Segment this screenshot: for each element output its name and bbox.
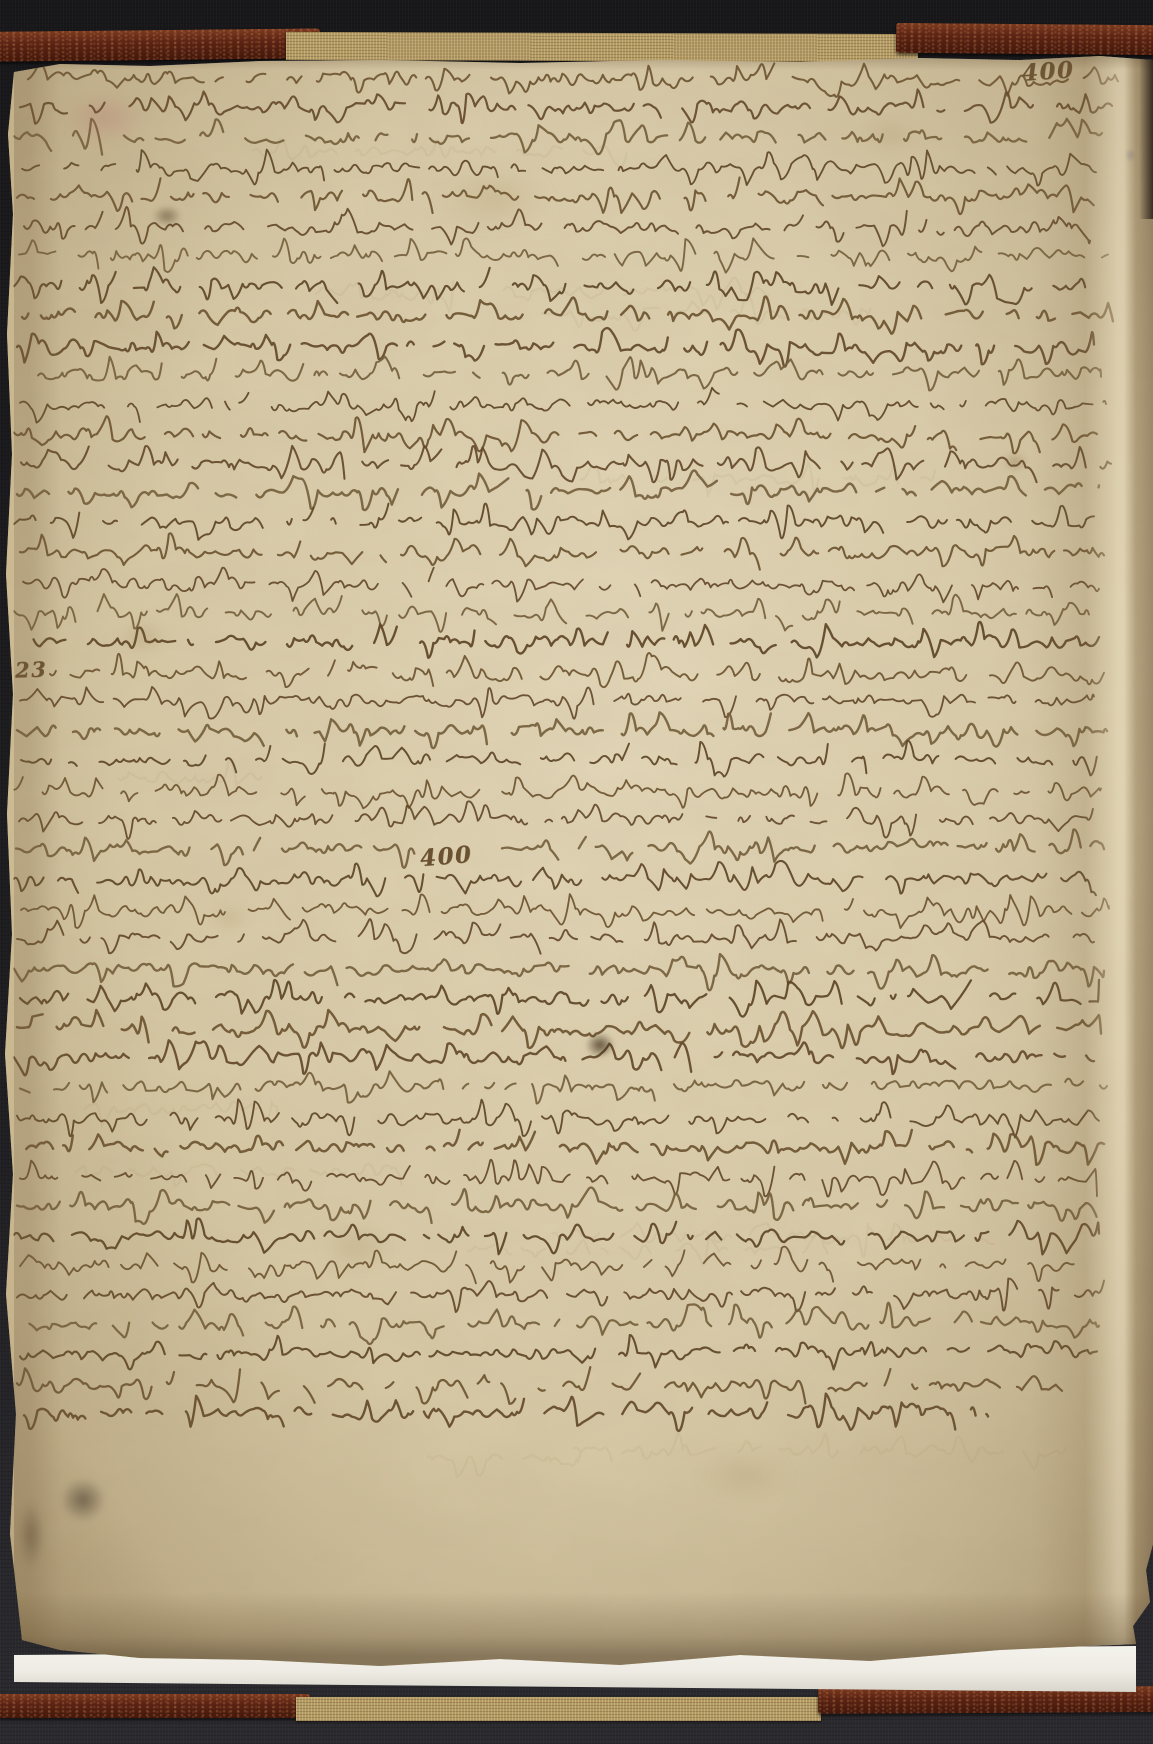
binding-cloth-bottom bbox=[296, 1697, 821, 1721]
archival-photo-background: 40023400 bbox=[0, 0, 1153, 1744]
binding-cloth-top bbox=[286, 32, 918, 62]
handwriting-svg bbox=[0, 54, 1153, 1670]
manuscript-page: 40023400 bbox=[0, 54, 1153, 1670]
binding-leather-bottom-left bbox=[0, 1694, 310, 1718]
binding-leather-top-left bbox=[0, 28, 320, 61]
binding-leather-top-right bbox=[896, 23, 1153, 55]
paper-grain bbox=[0, 54, 1153, 1670]
